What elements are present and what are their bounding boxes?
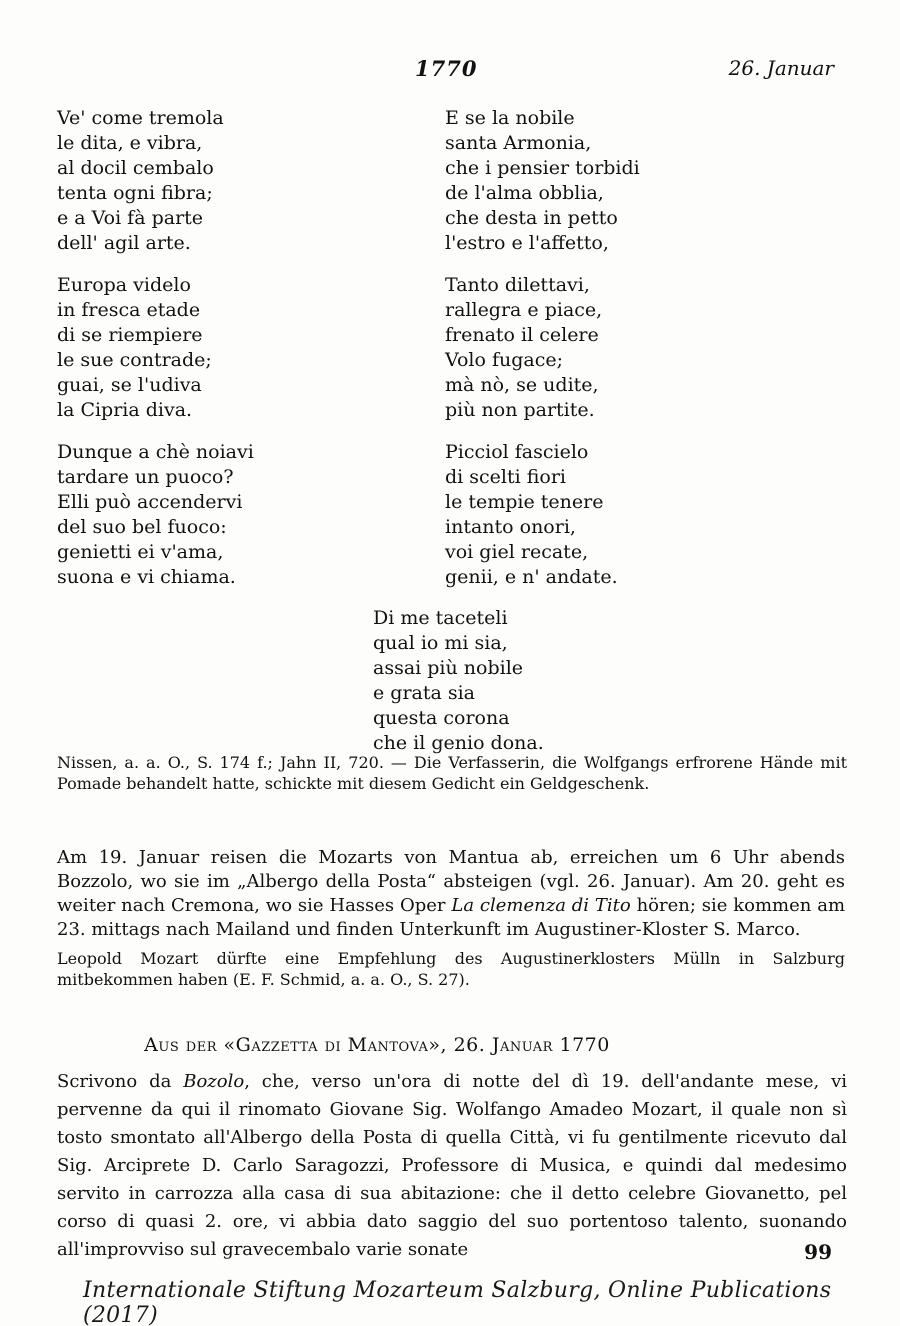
gazzetta-section-heading: Aus der «Gazzetta di Mantova», 26. Janua… bbox=[57, 1034, 697, 1056]
poem-column-right: E se la nobile santa Armonia, che i pens… bbox=[445, 106, 640, 607]
poem-stanza: Dunque a chè noiavi tardare un puoco? El… bbox=[57, 440, 254, 590]
poem-stanza: Picciol fascielo di scelti fiori le temp… bbox=[445, 440, 640, 590]
footer-credit: Internationale Stiftung Mozarteum Salzbu… bbox=[83, 1278, 900, 1326]
poem-stanza: Tanto dilettavi, rallegra e piace, frena… bbox=[445, 273, 640, 423]
poem-stanza: Europa videlo in fresca etade di se riem… bbox=[57, 273, 254, 423]
running-header-date: 26. Januar bbox=[729, 56, 834, 80]
poem-final-stanza: Di me taceteli qual io mi sia, assai più… bbox=[373, 606, 544, 773]
opera-title: La clemenza di Tito bbox=[451, 895, 630, 916]
gazzetta-text-after: , che, verso un'ora di notte del dì 19. … bbox=[57, 1071, 847, 1260]
footnote-text: Nissen, a. a. O., S. 174 f.; Jahn II, 72… bbox=[57, 752, 847, 794]
poem-stanza: Ve' come tremola le dita, e vibra, al do… bbox=[57, 106, 254, 256]
gazzetta-text-before: Scrivono da bbox=[57, 1071, 183, 1092]
book-page: 1770 26. Januar Ve' come tremola le dita… bbox=[0, 0, 900, 1326]
note-paragraph: Leopold Mozart dürfte eine Empfehlung de… bbox=[57, 948, 845, 990]
page-number: 99 bbox=[804, 1240, 832, 1264]
commentary-paragraph: Am 19. Januar reisen die Mozarts von Man… bbox=[57, 846, 845, 942]
place-name: Bozolo bbox=[183, 1071, 244, 1092]
gazzetta-paragraph: Scrivono da Bozolo, che, verso un'ora di… bbox=[57, 1068, 847, 1264]
running-header-year: 1770 bbox=[415, 56, 477, 81]
poem-stanza: Di me taceteli qual io mi sia, assai più… bbox=[373, 606, 544, 756]
poem-stanza: E se la nobile santa Armonia, che i pens… bbox=[445, 106, 640, 256]
poem-column-left: Ve' come tremola le dita, e vibra, al do… bbox=[57, 106, 254, 607]
